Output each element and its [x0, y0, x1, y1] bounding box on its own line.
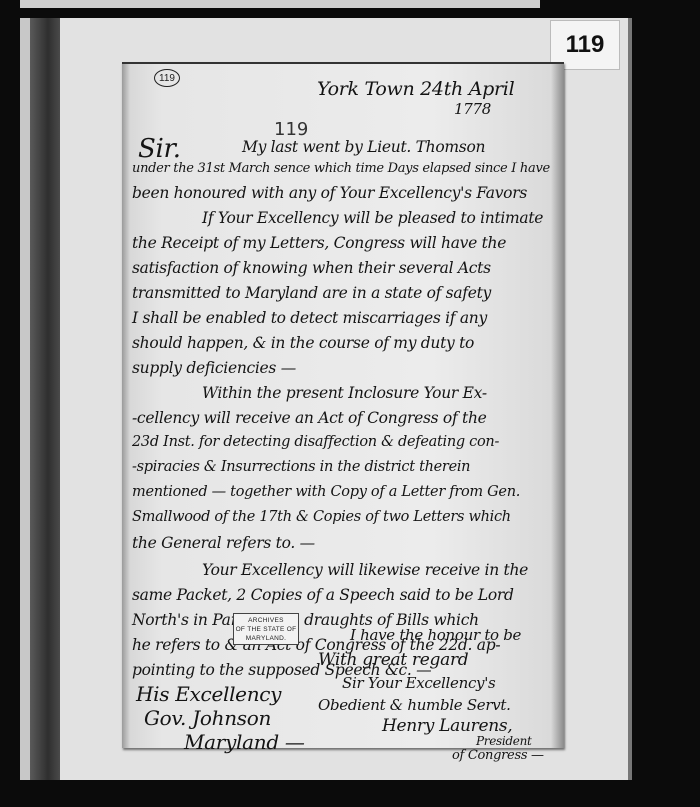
body-line: transmitted to Maryland are in a state o… — [132, 284, 491, 302]
body-line: same Packet, 2 Copies of a Speech said t… — [132, 586, 514, 604]
body-line: 23d Inst. for detecting disaffection & d… — [132, 434, 499, 450]
closing-line: Obedient & humble Servt. — [318, 696, 511, 714]
dateline-year: 1778 — [454, 100, 491, 118]
circled-folio-number: 119 — [154, 69, 180, 87]
body-line: Smallwood of the 17th & Copies of two Le… — [132, 509, 511, 525]
body-line: My last went by Lieut. Thomson — [242, 138, 485, 156]
letter-page: 119 York Town 24th April 1778 Sir. 119 M… — [122, 62, 564, 748]
body-line: the General refers to. — — [132, 534, 315, 552]
signature-title: President — [476, 734, 532, 748]
stamp-line: ARCHIVES — [234, 616, 298, 625]
signature: Henry Laurens, — [382, 716, 512, 736]
body-line: under the 31st March sence which time Da… — [132, 161, 550, 176]
salutation: Sir. — [138, 134, 181, 164]
body-line: Within the present Inclosure Your Ex- — [202, 384, 487, 402]
stamp-line: OF THE STATE OF — [234, 625, 298, 634]
closing-line: I have the honour to be — [350, 626, 521, 644]
address-line: Maryland — — [184, 730, 305, 754]
body-line: satisfaction of knowing when their sever… — [132, 259, 491, 277]
dateline: York Town 24th April — [317, 78, 514, 100]
body-line: been honoured with any of Your Excellenc… — [132, 184, 527, 202]
film-top-strip — [20, 0, 540, 8]
body-line: supply deficiencies — — [132, 359, 296, 377]
body-line: I shall be enabled to detect miscarriage… — [132, 309, 487, 327]
body-line: -cellency will receive an Act of Congres… — [132, 409, 487, 427]
address-line: His Excellency — [136, 682, 281, 706]
archives-stamp: ARCHIVES OF THE STATE OF MARYLAND. — [233, 613, 299, 645]
body-line: the Receipt of my Letters, Congress will… — [132, 234, 506, 252]
closing-line: Sir Your Excellency's — [342, 674, 495, 692]
body-line: If Your Excellency will be pleased to in… — [202, 209, 543, 227]
body-line: should happen, & in the course of my dut… — [132, 334, 474, 352]
pencil-folio-number: 119 — [274, 119, 308, 140]
address-line: Gov. Johnson — [144, 706, 271, 730]
binding-gutter — [30, 18, 60, 780]
backing-edge — [628, 18, 632, 780]
signature-title: of Congress — — [452, 748, 544, 763]
closing-line: With great regard — [318, 650, 468, 670]
body-line: Your Excellency will likewise receive in… — [202, 561, 528, 579]
body-line: -spiracies & Insurrections in the distri… — [132, 459, 470, 475]
stamp-line: MARYLAND. — [234, 634, 298, 643]
body-line: mentioned — together with Copy of a Lett… — [132, 484, 520, 500]
